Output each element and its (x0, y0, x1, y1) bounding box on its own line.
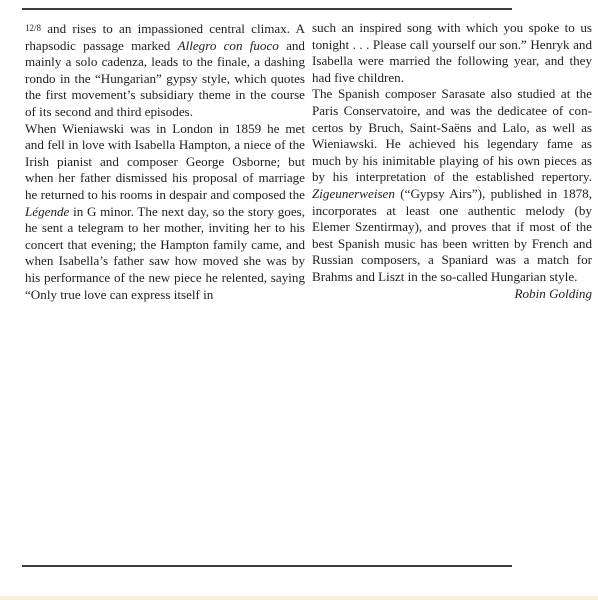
tempo-marking: Allegro con fuoco (178, 38, 279, 53)
paragraph-sarasate: The Spanish composer Sarasate also studi… (312, 86, 592, 285)
bottom-horizontal-rule (22, 565, 512, 567)
paragraph-meter-finale: 12/8 and rises to an impassioned central… (25, 20, 305, 121)
paragraph-text: The Spanish composer Sarasate also studi… (312, 86, 592, 184)
author-signature: Robin Golding (312, 286, 592, 303)
work-title: Zigeunerweisen (312, 186, 395, 201)
paragraph-quote-continuation: such an inspired song with which you spo… (312, 20, 592, 86)
time-signature-fraction: 12/8 (25, 23, 41, 33)
paragraph-text: such an inspired song with which you spo… (312, 20, 592, 85)
paragraph-legende-story: When Wieniawski was in London in 1859 he… (25, 121, 305, 304)
top-horizontal-rule (22, 8, 512, 10)
paragraph-text: When Wieniawski was in London in 1859 he… (25, 121, 305, 202)
work-title: Légende (25, 204, 69, 219)
page-edge-tint (0, 596, 598, 600)
left-text-column: 12/8 and rises to an impassioned central… (25, 20, 305, 303)
right-text-column: such an inspired song with which you spo… (312, 20, 592, 302)
